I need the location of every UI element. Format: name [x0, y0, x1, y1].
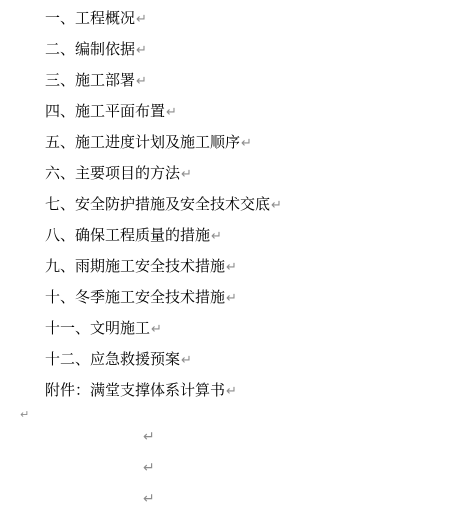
toc-line-text: 二、编制依据: [45, 40, 135, 58]
paragraph-mark-icon: ↵: [241, 136, 252, 151]
toc-line-text: 十二、应急救援预案: [45, 350, 180, 368]
toc-line: 附件：满堂支撑体系计算书↵: [0, 375, 453, 406]
document-page: 一、工程概况↵ 二、编制依据↵ 三、施工部署↵ 四、施工平面布置↵ 五、施工进度…: [0, 0, 453, 515]
toc-line-text: 六、主要项目的方法: [45, 164, 180, 182]
toc-line: 十二、应急救援预案↵: [0, 344, 453, 375]
paragraph-mark-icon: ↵: [136, 12, 147, 27]
toc-line: 九、雨期施工安全技术措施↵: [0, 251, 453, 282]
toc-line: 十、冬季施工安全技术措施↵: [0, 282, 453, 313]
toc-line-text: 三、施工部署: [45, 71, 135, 89]
toc-line: 四、施工平面布置↵: [0, 96, 453, 127]
paragraph-mark-icon: ↵: [136, 74, 147, 89]
paragraph-mark-icon: ↵: [181, 353, 192, 368]
paragraph-mark-icon: ↵: [271, 198, 282, 213]
toc-line-text: 七、安全防护措施及安全技术交底: [45, 195, 270, 213]
toc-line-text: 四、施工平面布置: [45, 102, 165, 120]
toc-line: 二、编制依据↵: [0, 34, 453, 65]
paragraph-mark-icon: ↵: [226, 260, 237, 275]
toc-line: 七、安全防护措施及安全技术交底↵: [0, 189, 453, 220]
toc-line: 三、施工部署↵: [0, 65, 453, 96]
empty-paragraph-mark-icon: ↵: [143, 461, 155, 475]
toc-line-text: 十一、文明施工: [45, 319, 150, 337]
toc-line-text: 九、雨期施工安全技术措施: [45, 257, 225, 275]
toc-line-text: 十、冬季施工安全技术措施: [45, 288, 225, 306]
empty-paragraph-mark-icon: ↵: [143, 492, 155, 506]
toc-line-text: 一、工程概况: [45, 9, 135, 27]
toc-line: 十一、文明施工↵: [0, 313, 453, 344]
toc-line: 一、工程概况↵: [0, 3, 453, 34]
paragraph-mark-icon: ↵: [226, 291, 237, 306]
toc-line-text: 附件：满堂支撑体系计算书: [45, 381, 225, 399]
toc-line-text: 五、施工进度计划及施工顺序: [45, 133, 240, 151]
paragraph-mark-icon: ↵: [181, 167, 192, 182]
empty-paragraph-mark-icon: ↵: [143, 430, 155, 444]
empty-paragraph-mark-icon: ↵: [20, 409, 29, 420]
paragraph-mark-icon: ↵: [166, 105, 177, 120]
toc-line: 六、主要项目的方法↵: [0, 158, 453, 189]
paragraph-mark-icon: ↵: [136, 43, 147, 58]
toc-line: 八、确保工程质量的措施↵: [0, 220, 453, 251]
paragraph-mark-icon: ↵: [151, 322, 162, 337]
toc-line: 五、施工进度计划及施工顺序↵: [0, 127, 453, 158]
toc-line-text: 八、确保工程质量的措施: [45, 226, 210, 244]
paragraph-mark-icon: ↵: [226, 384, 237, 399]
paragraph-mark-icon: ↵: [211, 229, 222, 244]
